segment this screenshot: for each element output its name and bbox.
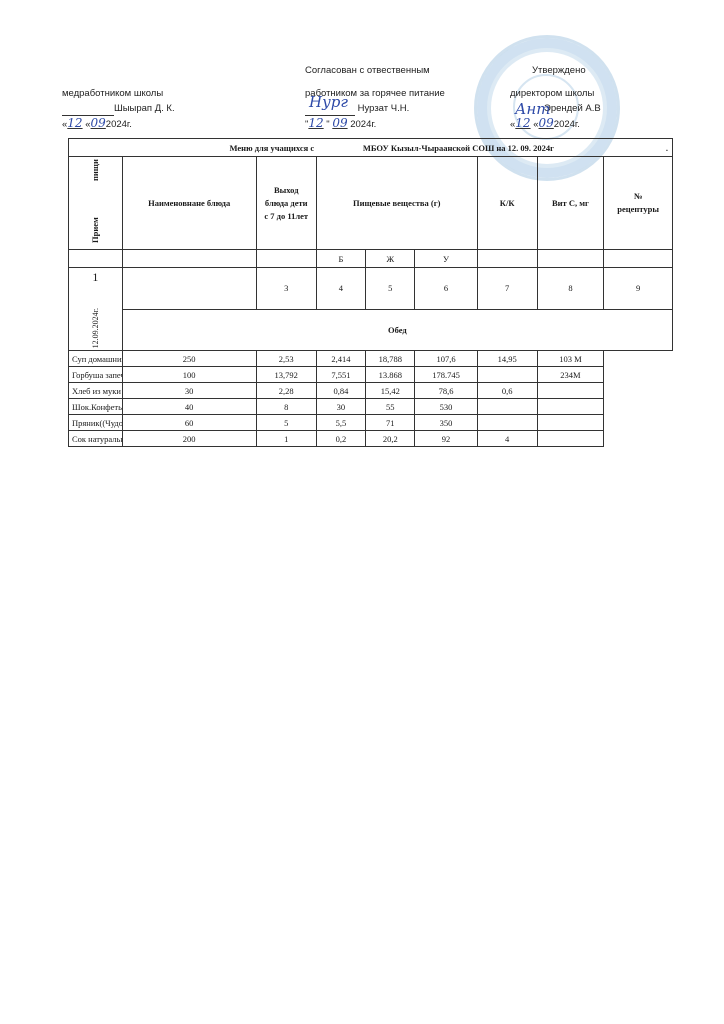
colnum-4: 4	[316, 268, 365, 310]
table-row: Горбуша запеченная10013,7927,55113.86817…	[69, 367, 673, 383]
cell-dish: Шок.Конфеты(Евгеша)	[69, 399, 123, 415]
colnum-6: 6	[415, 268, 477, 310]
table-row: Пряник((Чудо зебра)6055,571350	[69, 415, 673, 431]
cell-u: 20,2	[366, 431, 415, 447]
section-row: Обед	[69, 309, 673, 351]
cell-vitc	[477, 415, 537, 431]
table-title-left: Меню для учащихся с	[181, 143, 363, 153]
header-vitc: Вит С, мг	[537, 157, 604, 250]
header-meal-top: пищи	[89, 159, 102, 181]
cell-zh: 0,2	[316, 431, 365, 447]
signature-mid: Нург	[309, 93, 348, 111]
cell-recipe	[537, 431, 604, 447]
column-number-row: 1 12.09.2024г. 3 4 5 6 7 8 9	[69, 268, 673, 310]
cell-zh: 5,5	[316, 415, 365, 431]
approval-mid-month: 09	[332, 116, 347, 130]
menu-table: Меню для учащихся сМБОУ Кызыл-Чыраанской…	[68, 138, 673, 447]
subheader-b: Б	[316, 250, 365, 268]
cell-yield: 100	[122, 367, 256, 383]
cell-vitc	[477, 399, 537, 415]
cell-recipe	[537, 399, 604, 415]
header-meal-bottom: Прием	[89, 217, 102, 243]
cell-u: 13.868	[366, 367, 415, 383]
cell-recipe	[537, 383, 604, 399]
cell-recipe: 234М	[537, 367, 604, 383]
approval-director: Утверждено директором школы Эрендей А.В …	[510, 63, 601, 132]
colnum-1: 1	[69, 268, 122, 286]
cell-vitc: 4	[477, 431, 537, 447]
cell-recipe	[537, 415, 604, 431]
approval-mid-year: 2024г.	[350, 119, 376, 130]
cell-yield: 250	[122, 351, 256, 367]
approval-right-line1: Утверждено	[510, 63, 601, 78]
approval-mid-day: 12	[308, 116, 323, 130]
approval-mid-line1: Согласован с отвественным	[305, 63, 445, 78]
approval-medic-year: 2024г.	[106, 119, 132, 130]
header-kcal: К/К	[477, 157, 537, 250]
approval-medic-month: 09	[91, 116, 106, 130]
approval-medic-role: медработником школы	[62, 86, 175, 101]
table-header-row: Приемпищи Наименовнане блюда Выходблюда …	[69, 157, 673, 250]
approval-right-month: 09	[539, 116, 554, 130]
cell-zh: 0,84	[316, 383, 365, 399]
header-meal: Приемпищи	[69, 157, 123, 250]
header-recipe: №рецептуры	[604, 157, 673, 250]
table-row: Суп домашний2502,532,41418,788107,614,95…	[69, 351, 673, 367]
section-lunch: Обед	[122, 309, 672, 351]
table-title-right: МБОУ Кызыл-Чыраанской СОШ на 12. 09. 202…	[363, 143, 554, 153]
table-title-row: Меню для учащихся сМБОУ Кызыл-Чыраанской…	[69, 139, 673, 157]
cell-vitc	[477, 367, 537, 383]
cell-dish: Пряник((Чудо зебра)	[69, 415, 123, 431]
colnum-9: 9	[604, 268, 673, 310]
cell-yield: 30	[122, 383, 256, 399]
cell-yield: 40	[122, 399, 256, 415]
cell-zh: 7,551	[316, 367, 365, 383]
cell-u: 15,42	[366, 383, 415, 399]
table-row: Шок.Конфеты(Евгеша)4083055530	[69, 399, 673, 415]
cell-dish: Горбуша запеченная	[69, 367, 123, 383]
cell-kk: 350	[415, 415, 477, 431]
header-dish: Наименовнане блюда	[122, 157, 256, 250]
cell-b: 2,53	[256, 351, 316, 367]
cell-kk: 178.745	[415, 367, 477, 383]
cell-b: 8	[256, 399, 316, 415]
colnum-7: 7	[477, 268, 537, 310]
subheader-zh: Ж	[366, 250, 415, 268]
cell-vitc: 0,6	[477, 383, 537, 399]
approval-medic-day: 12	[67, 116, 82, 130]
table-title-dot: .	[666, 143, 672, 153]
colnum-5: 5	[366, 268, 415, 310]
menu-date: 12.09.2024г.	[91, 308, 100, 348]
cell-dish: Сок натуральный	[69, 431, 123, 447]
table-row: Сок натуральный20010,220,2924	[69, 431, 673, 447]
approval-medic-name: Шыырап Д. К.	[114, 103, 175, 114]
approval-right-day: 12	[515, 116, 530, 130]
cell-dish: Хлеб из муки пшеницы	[69, 383, 123, 399]
cell-kk: 78,6	[415, 383, 477, 399]
cell-dish: Суп домашний	[69, 351, 123, 367]
header-yield: Выходблюда детис 7 до 11лет	[256, 157, 316, 250]
cell-zh: 2,414	[316, 351, 365, 367]
approval-right-line2: директором школы	[510, 86, 601, 101]
header-nutrients: Пищевые вещества (г)	[316, 157, 477, 250]
cell-u: 18,788	[366, 351, 415, 367]
cell-u: 71	[366, 415, 415, 431]
table-row: Хлеб из муки пшеницы302,280,8415,4278,60…	[69, 383, 673, 399]
cell-b: 13,792	[256, 367, 316, 383]
nutrient-subheader-row: Б Ж У	[69, 250, 673, 268]
colnum-3: 3	[256, 268, 316, 310]
approval-right-name: Эрендей А.В	[544, 103, 601, 114]
colnum-8: 8	[537, 268, 604, 310]
cell-b: 1	[256, 431, 316, 447]
cell-kk: 92	[415, 431, 477, 447]
cell-kk: 107,6	[415, 351, 477, 367]
cell-vitc: 14,95	[477, 351, 537, 367]
date-cell: 1 12.09.2024г.	[69, 268, 123, 351]
cell-u: 55	[366, 399, 415, 415]
approval-mid-name: Нурзат Ч.Н.	[358, 103, 410, 114]
approval-medic: медработником школы Шыырап Д. К. «12 «09…	[62, 86, 175, 132]
cell-recipe: 103 М	[537, 351, 604, 367]
cell-yield: 60	[122, 415, 256, 431]
cell-kk: 530	[415, 399, 477, 415]
cell-b: 2,28	[256, 383, 316, 399]
cell-b: 5	[256, 415, 316, 431]
subheader-u: У	[415, 250, 477, 268]
approval-right-year: 2024г.	[554, 119, 580, 130]
signature-right: Ант	[515, 100, 550, 118]
cell-zh: 30	[316, 399, 365, 415]
cell-yield: 200	[122, 431, 256, 447]
